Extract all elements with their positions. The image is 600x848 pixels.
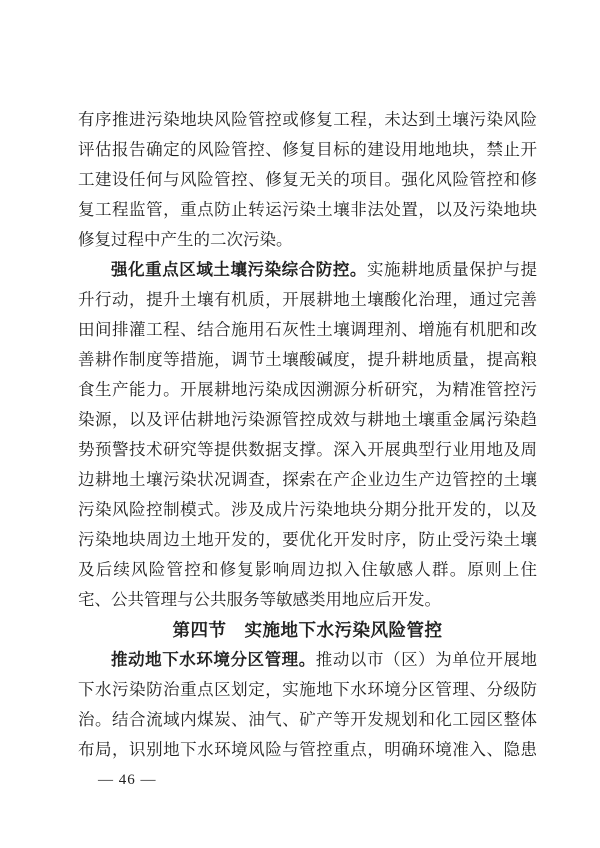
- text-line: 及后续风险管控和修复影响周边拟入住敏感人群。原则上住: [78, 555, 537, 585]
- paragraph-lead-bold: 推动地下水环境分区管理。: [111, 650, 316, 669]
- text-line: 边耕地土壤污染状况调查，探索在产企业边生产边管控的土壤: [78, 465, 537, 495]
- text-line: 宅、公共管理与公共服务等敏感类用地应后开发。: [78, 585, 537, 615]
- text-line: 善耕作制度等措施，调节土壤酸碱度，提升耕地质量，提高粮: [78, 345, 537, 375]
- paragraph-lead-bold: 强化重点区域土壤污染综合防控。: [111, 260, 367, 279]
- text-line: 田间排灌工程、结合施用石灰性土壤调理剂、增施有机肥和改: [78, 315, 537, 345]
- section-heading: 第四节 实施地下水污染风险管控: [78, 615, 537, 645]
- text-line: 工建设任何与风险管控、修复无关的项目。强化风险管控和修: [78, 165, 537, 195]
- text-line: 食生产能力。开展耕地污染成因溯源分析研究，为精准管控污: [78, 375, 537, 405]
- document-page: 有序推进污染地块风险管控或修复工程，未达到土壤污染风险 评估报告确定的风险管控、…: [0, 0, 600, 848]
- text-line: 下水污染防治重点区划定，实施地下水环境分区管理、分级防: [78, 675, 537, 705]
- text-line: 势预警技术研究等提供数据支撑。深入开展典型行业用地及周: [78, 435, 537, 465]
- paragraph-lead-rest: 推动以市（区）为单位开展地: [316, 650, 537, 669]
- paragraph-groundwater-zoning: 推动地下水环境分区管理。推动以市（区）为单位开展地 下水污染防治重点区划定，实施…: [78, 645, 537, 765]
- text-line: 推动地下水环境分区管理。推动以市（区）为单位开展地: [78, 645, 537, 675]
- text-line: 强化重点区域土壤污染综合防控。实施耕地质量保护与提: [78, 255, 537, 285]
- paragraph-soil-remediation: 有序推进污染地块风险管控或修复工程，未达到土壤污染风险 评估报告确定的风险管控、…: [78, 105, 537, 255]
- page-number: — 46 —: [78, 765, 537, 795]
- text-line: 治。结合流域内煤炭、油气、矿产等开发规划和化工园区整体: [78, 705, 537, 735]
- text-line: 污染地块周边土地开发的，要优化开发时序，防止受污染土壤: [78, 525, 537, 555]
- text-line: 污染风险控制模式。涉及成片污染地块分期分批开发的，以及: [78, 495, 537, 525]
- text-line: 修复过程中产生的二次污染。: [78, 225, 537, 255]
- text-line: 升行动，提升土壤有机质，开展耕地土壤酸化治理，通过完善: [78, 285, 537, 315]
- text-line: 复工程监管，重点防止转运污染土壤非法处置，以及污染地块: [78, 195, 537, 225]
- text-column: 有序推进污染地块风险管控或修复工程，未达到土壤污染风险 评估报告确定的风险管控、…: [78, 105, 537, 795]
- text-line: 评估报告确定的风险管控、修复目标的建设用地地块，禁止开: [78, 135, 537, 165]
- paragraph-key-area-soil-control: 强化重点区域土壤污染综合防控。实施耕地质量保护与提 升行动，提升土壤有机质，开展…: [78, 255, 537, 615]
- paragraph-lead-rest: 实施耕地质量保护与提: [367, 260, 537, 279]
- text-line: 染源，以及评估耕地污染源管控成效与耕地土壤重金属污染趋: [78, 405, 537, 435]
- text-line: 有序推进污染地块风险管控或修复工程，未达到土壤污染风险: [78, 105, 537, 135]
- text-line: 布局，识别地下水环境风险与管控重点，明确环境准入、隐患: [78, 735, 537, 765]
